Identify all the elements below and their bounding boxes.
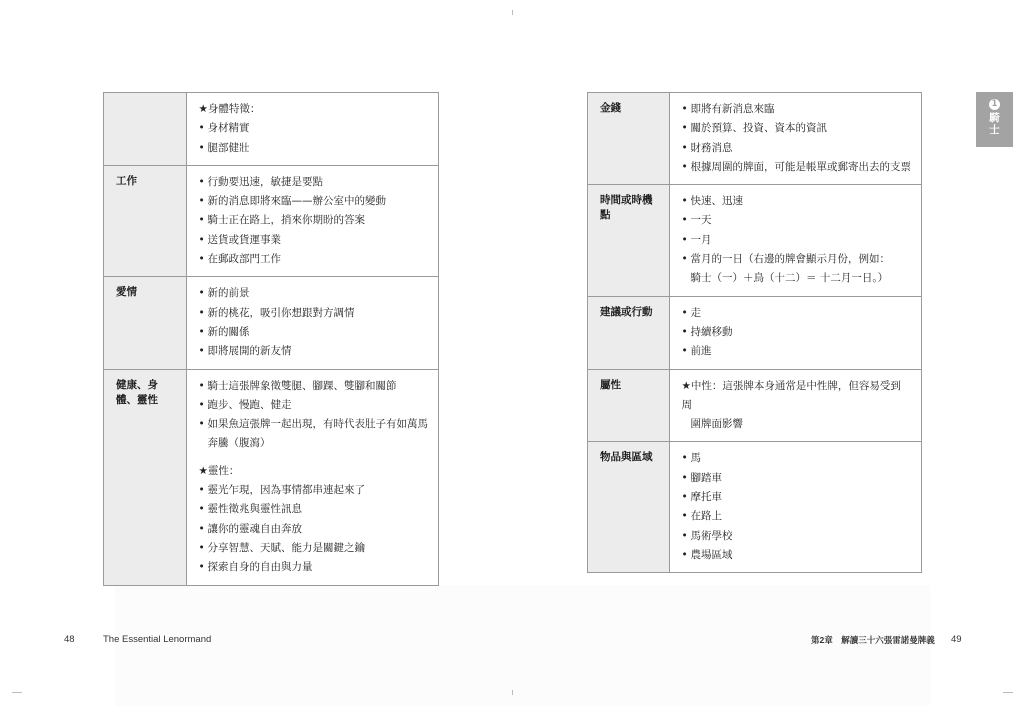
list-item-text: 腿部健壯 bbox=[208, 142, 250, 154]
list-item: •送貨或貨運事業 bbox=[199, 231, 429, 250]
list-item: •探索自身的自由與力量 bbox=[199, 558, 429, 577]
list-item-text: 奔騰（腹瀉） bbox=[208, 437, 271, 449]
list-item-text: 新的關係 bbox=[208, 326, 250, 338]
table-row: 愛情•新的前景•新的桃花，吸引你想跟對方調情•新的關係•即將展開的新友情 bbox=[104, 277, 439, 369]
meanings-cell: •快速、迅速•一天•一月•當月的一日（右邊的牌會顯示月份，例如：騎士（一）＋鳥（… bbox=[669, 185, 922, 296]
meanings-cell: ★身體特徵：•身材精實•腿部健壯 bbox=[186, 93, 439, 166]
list-item-text: 圍牌面影響 bbox=[691, 418, 744, 430]
category-cell: 時間或時機點 bbox=[588, 185, 670, 296]
list-item: •新的桃花，吸引你想跟對方調情 bbox=[199, 304, 429, 323]
list-item: •在郵政部門工作 bbox=[199, 250, 429, 269]
table-row: 健康、身體、靈性•騎士這張牌象徵雙腿、腳踝、雙腳和關節•跑步、慢跑、健走•如果魚… bbox=[104, 369, 439, 585]
bullet-icon: • bbox=[682, 449, 691, 468]
list-item-text: 即將展開的新友情 bbox=[208, 345, 292, 357]
table-row: 物品與區域•馬•腳踏車•摩托車•在路上•馬術學校•農場區域 bbox=[588, 442, 922, 573]
left-page: ★身體特徵：•身材精實•腿部健壯工作•行動要迅速，敏捷是要點•新的消息即將來臨—… bbox=[0, 0, 512, 706]
bullet-icon: • bbox=[199, 396, 208, 415]
list-item: •根據周圍的牌面，可能是帳單或郵寄出去的支票 bbox=[682, 158, 912, 177]
list-item-text: 新的前景 bbox=[208, 287, 250, 299]
list-item: •走 bbox=[682, 304, 912, 323]
category-cell: 工作 bbox=[104, 165, 187, 276]
list-item: 圍牌面影響 bbox=[682, 415, 912, 434]
list-item-text: 關於預算、投資、資本的資訊 bbox=[691, 122, 828, 134]
list-item: •騎士正在路上，捎來你期盼的答案 bbox=[199, 211, 429, 230]
list-item: •當月的一日（右邊的牌會顯示月份，例如： bbox=[682, 250, 912, 269]
bullet-icon: • bbox=[682, 527, 691, 546]
table-row: 時間或時機點•快速、迅速•一天•一月•當月的一日（右邊的牌會顯示月份，例如：騎士… bbox=[588, 185, 922, 296]
bullet-icon: • bbox=[199, 500, 208, 519]
bullet-icon: • bbox=[682, 304, 691, 323]
meaning-table-left: ★身體特徵：•身材精實•腿部健壯工作•行動要迅速，敏捷是要點•新的消息即將來臨—… bbox=[103, 92, 439, 586]
list-item-text: 一月 bbox=[691, 234, 712, 246]
list-item: •即將展開的新友情 bbox=[199, 342, 429, 361]
bullet-icon: • bbox=[199, 231, 208, 250]
bullet-icon: • bbox=[199, 558, 208, 577]
bullet-icon: • bbox=[682, 139, 691, 158]
bullet-icon: • bbox=[682, 158, 691, 177]
chapter-number-badge: 1 bbox=[989, 99, 1000, 110]
bullet-icon: • bbox=[199, 119, 208, 138]
bullet-icon: • bbox=[682, 100, 691, 119]
subheading: ★靈性： bbox=[199, 462, 429, 481]
bullet-icon: • bbox=[199, 192, 208, 211]
list-item: •馬 bbox=[682, 449, 912, 468]
list-item-text: 前進 bbox=[691, 345, 712, 357]
bullet-icon: • bbox=[682, 192, 691, 211]
list-item-text: 行動要迅速，敏捷是要點 bbox=[208, 176, 324, 188]
bullet-icon: • bbox=[199, 481, 208, 500]
list-item-text: 馬術學校 bbox=[691, 530, 733, 542]
bullet-icon: • bbox=[682, 211, 691, 230]
list-item: •摩托車 bbox=[682, 488, 912, 507]
list-item-text: 一天 bbox=[691, 214, 712, 226]
list-item-text: 即將有新消息來臨 bbox=[691, 103, 775, 115]
table-row: 建議或行動•走•持續移動•前進 bbox=[588, 296, 922, 369]
list-item-text: 身材精實 bbox=[208, 122, 250, 134]
list-item-text: 送貨或貨運事業 bbox=[208, 234, 282, 246]
meanings-cell: •即將有新消息來臨•關於預算、投資、資本的資訊•財務消息•根據周圍的牌面，可能是… bbox=[669, 93, 922, 185]
category-cell bbox=[104, 93, 187, 166]
running-title-left: The Essential Lenormand bbox=[103, 634, 211, 645]
bullet-icon: • bbox=[682, 342, 691, 361]
list-item-text: 如果魚這張牌一起出現，有時代表肚子有如萬馬 bbox=[208, 418, 429, 430]
subheading: ★中性：這張牌本身通常是中性牌，但容易受到周 bbox=[682, 377, 912, 416]
list-item-text: 腳踏車 bbox=[691, 472, 723, 484]
bullet-icon: • bbox=[682, 119, 691, 138]
list-item-text: 靈性徵兆與靈性訊息 bbox=[208, 503, 303, 515]
bullet-icon: • bbox=[682, 507, 691, 526]
list-item: •靈性徵兆與靈性訊息 bbox=[199, 500, 429, 519]
bullet-icon: • bbox=[199, 520, 208, 539]
category-cell: 金錢 bbox=[588, 93, 670, 185]
list-item: •腳踏車 bbox=[682, 469, 912, 488]
bullet-icon: • bbox=[199, 211, 208, 230]
list-item-text: 新的消息即將來臨——辦公室中的變動 bbox=[208, 195, 387, 207]
list-item: •一天 bbox=[682, 211, 912, 230]
category-cell: 屬性 bbox=[588, 369, 670, 442]
list-item-text: 農場區域 bbox=[691, 549, 733, 561]
meanings-cell: ★中性：這張牌本身通常是中性牌，但容易受到周圍牌面影響 bbox=[669, 369, 922, 442]
list-item: •新的關係 bbox=[199, 323, 429, 342]
category-cell: 物品與區域 bbox=[588, 442, 670, 573]
page-number-right: 49 bbox=[951, 634, 962, 645]
list-item: •在路上 bbox=[682, 507, 912, 526]
category-cell: 愛情 bbox=[104, 277, 187, 369]
list-item: 騎士（一）＋鳥（十二）＝ 十二月一日。） bbox=[682, 269, 912, 288]
list-item-text: 騎士正在路上，捎來你期盼的答案 bbox=[208, 214, 366, 226]
meaning-table-right: 金錢•即將有新消息來臨•關於預算、投資、資本的資訊•財務消息•根據周圍的牌面，可… bbox=[587, 92, 922, 573]
bullet-icon: • bbox=[682, 546, 691, 565]
list-item: •讓你的靈魂自由奔放 bbox=[199, 520, 429, 539]
table-row: 工作•行動要迅速，敏捷是要點•新的消息即將來臨——辦公室中的變動•騎士正在路上，… bbox=[104, 165, 439, 276]
chapter-tab-label: 騎士 bbox=[989, 112, 1001, 136]
list-item-text: 根據周圍的牌面，可能是帳單或郵寄出去的支票 bbox=[691, 161, 912, 173]
bullet-icon: • bbox=[199, 539, 208, 558]
list-item: •跑步、慢跑、健走 bbox=[199, 396, 429, 415]
page-number-left: 48 bbox=[64, 634, 75, 645]
subheading: ★身體特徵： bbox=[199, 100, 429, 119]
list-item: •新的前景 bbox=[199, 284, 429, 303]
list-item-text: 靈光乍現，因為事情都串連起來了 bbox=[208, 484, 366, 496]
bullet-icon: • bbox=[199, 173, 208, 192]
list-item-text: 馬 bbox=[691, 452, 702, 464]
meanings-cell: •走•持續移動•前進 bbox=[669, 296, 922, 369]
list-item: •腿部健壯 bbox=[199, 139, 429, 158]
running-title-right: 第2章 解讀三十六張雷諾曼牌義 bbox=[811, 634, 935, 646]
bullet-icon: • bbox=[199, 377, 208, 396]
list-item: •新的消息即將來臨——辦公室中的變動 bbox=[199, 192, 429, 211]
list-item-text: 探索自身的自由與力量 bbox=[208, 561, 313, 573]
list-item: •騎士這張牌象徵雙腿、腳踝、雙腳和關節 bbox=[199, 377, 429, 396]
meanings-cell: •騎士這張牌象徵雙腿、腳踝、雙腳和關節•跑步、慢跑、健走•如果魚這張牌一起出現，… bbox=[186, 369, 439, 585]
list-item: •財務消息 bbox=[682, 139, 912, 158]
bullet-icon: • bbox=[199, 139, 208, 158]
list-item: •快速、迅速 bbox=[682, 192, 912, 211]
list-item-text: 快速、迅速 bbox=[691, 195, 744, 207]
bullet-icon: • bbox=[199, 304, 208, 323]
bullet-icon: • bbox=[682, 250, 691, 269]
list-item-text: 摩托車 bbox=[691, 491, 723, 503]
list-item: •前進 bbox=[682, 342, 912, 361]
list-item: •一月 bbox=[682, 231, 912, 250]
bullet-icon: • bbox=[682, 323, 691, 342]
bullet-icon: • bbox=[199, 284, 208, 303]
meanings-cell: •新的前景•新的桃花，吸引你想跟對方調情•新的關係•即將展開的新友情 bbox=[186, 277, 439, 369]
bullet-icon: • bbox=[682, 469, 691, 488]
list-item: •即將有新消息來臨 bbox=[682, 100, 912, 119]
list-item: •持續移動 bbox=[682, 323, 912, 342]
bullet-icon: • bbox=[199, 342, 208, 361]
list-item: •行動要迅速，敏捷是要點 bbox=[199, 173, 429, 192]
list-item: •關於預算、投資、資本的資訊 bbox=[682, 119, 912, 138]
table-row: 屬性★中性：這張牌本身通常是中性牌，但容易受到周圍牌面影響 bbox=[588, 369, 922, 442]
list-item: •分享智慧、天賦、能力是關鍵之鑰 bbox=[199, 539, 429, 558]
list-item-text: 財務消息 bbox=[691, 142, 733, 154]
list-item: •農場區域 bbox=[682, 546, 912, 565]
list-item: •如果魚這張牌一起出現，有時代表肚子有如萬馬 bbox=[199, 415, 429, 434]
list-item: •身材精實 bbox=[199, 119, 429, 138]
spacer bbox=[199, 454, 429, 462]
list-item: 奔騰（腹瀉） bbox=[199, 434, 429, 453]
list-item-text: 在路上 bbox=[691, 510, 723, 522]
bullet-icon: • bbox=[682, 231, 691, 250]
bullet-icon: • bbox=[199, 250, 208, 269]
category-cell: 建議或行動 bbox=[588, 296, 670, 369]
list-item-text: 在郵政部門工作 bbox=[208, 253, 282, 265]
list-item-text: 分享智慧、天賦、能力是關鍵之鑰 bbox=[208, 542, 366, 554]
list-item: •靈光乍現，因為事情都串連起來了 bbox=[199, 481, 429, 500]
table-row: 金錢•即將有新消息來臨•關於預算、投資、資本的資訊•財務消息•根據周圍的牌面，可… bbox=[588, 93, 922, 185]
chapter-tab: 1 騎士 bbox=[976, 92, 1013, 147]
right-page: 金錢•即將有新消息來臨•關於預算、投資、資本的資訊•財務消息•根據周圍的牌面，可… bbox=[513, 0, 1025, 706]
meanings-cell: •行動要迅速，敏捷是要點•新的消息即將來臨——辦公室中的變動•騎士正在路上，捎來… bbox=[186, 165, 439, 276]
list-item-text: 新的桃花，吸引你想跟對方調情 bbox=[208, 307, 355, 319]
category-cell: 健康、身體、靈性 bbox=[104, 369, 187, 585]
list-item-text: 騎士這張牌象徵雙腿、腳踝、雙腳和關節 bbox=[208, 380, 397, 392]
table-row: ★身體特徵：•身材精實•腿部健壯 bbox=[104, 93, 439, 166]
list-item-text: 讓你的靈魂自由奔放 bbox=[208, 523, 303, 535]
bullet-icon: • bbox=[199, 415, 208, 434]
list-item-text: 持續移動 bbox=[691, 326, 733, 338]
meanings-cell: •馬•腳踏車•摩托車•在路上•馬術學校•農場區域 bbox=[669, 442, 922, 573]
bullet-icon: • bbox=[199, 323, 208, 342]
list-item: •馬術學校 bbox=[682, 527, 912, 546]
bullet-icon: • bbox=[682, 488, 691, 507]
list-item-text: 騎士（一）＋鳥（十二）＝ 十二月一日。） bbox=[691, 272, 889, 284]
list-item-text: 跑步、慢跑、健走 bbox=[208, 399, 292, 411]
list-item-text: 當月的一日（右邊的牌會顯示月份，例如： bbox=[691, 253, 891, 265]
list-item-text: 走 bbox=[691, 307, 702, 319]
